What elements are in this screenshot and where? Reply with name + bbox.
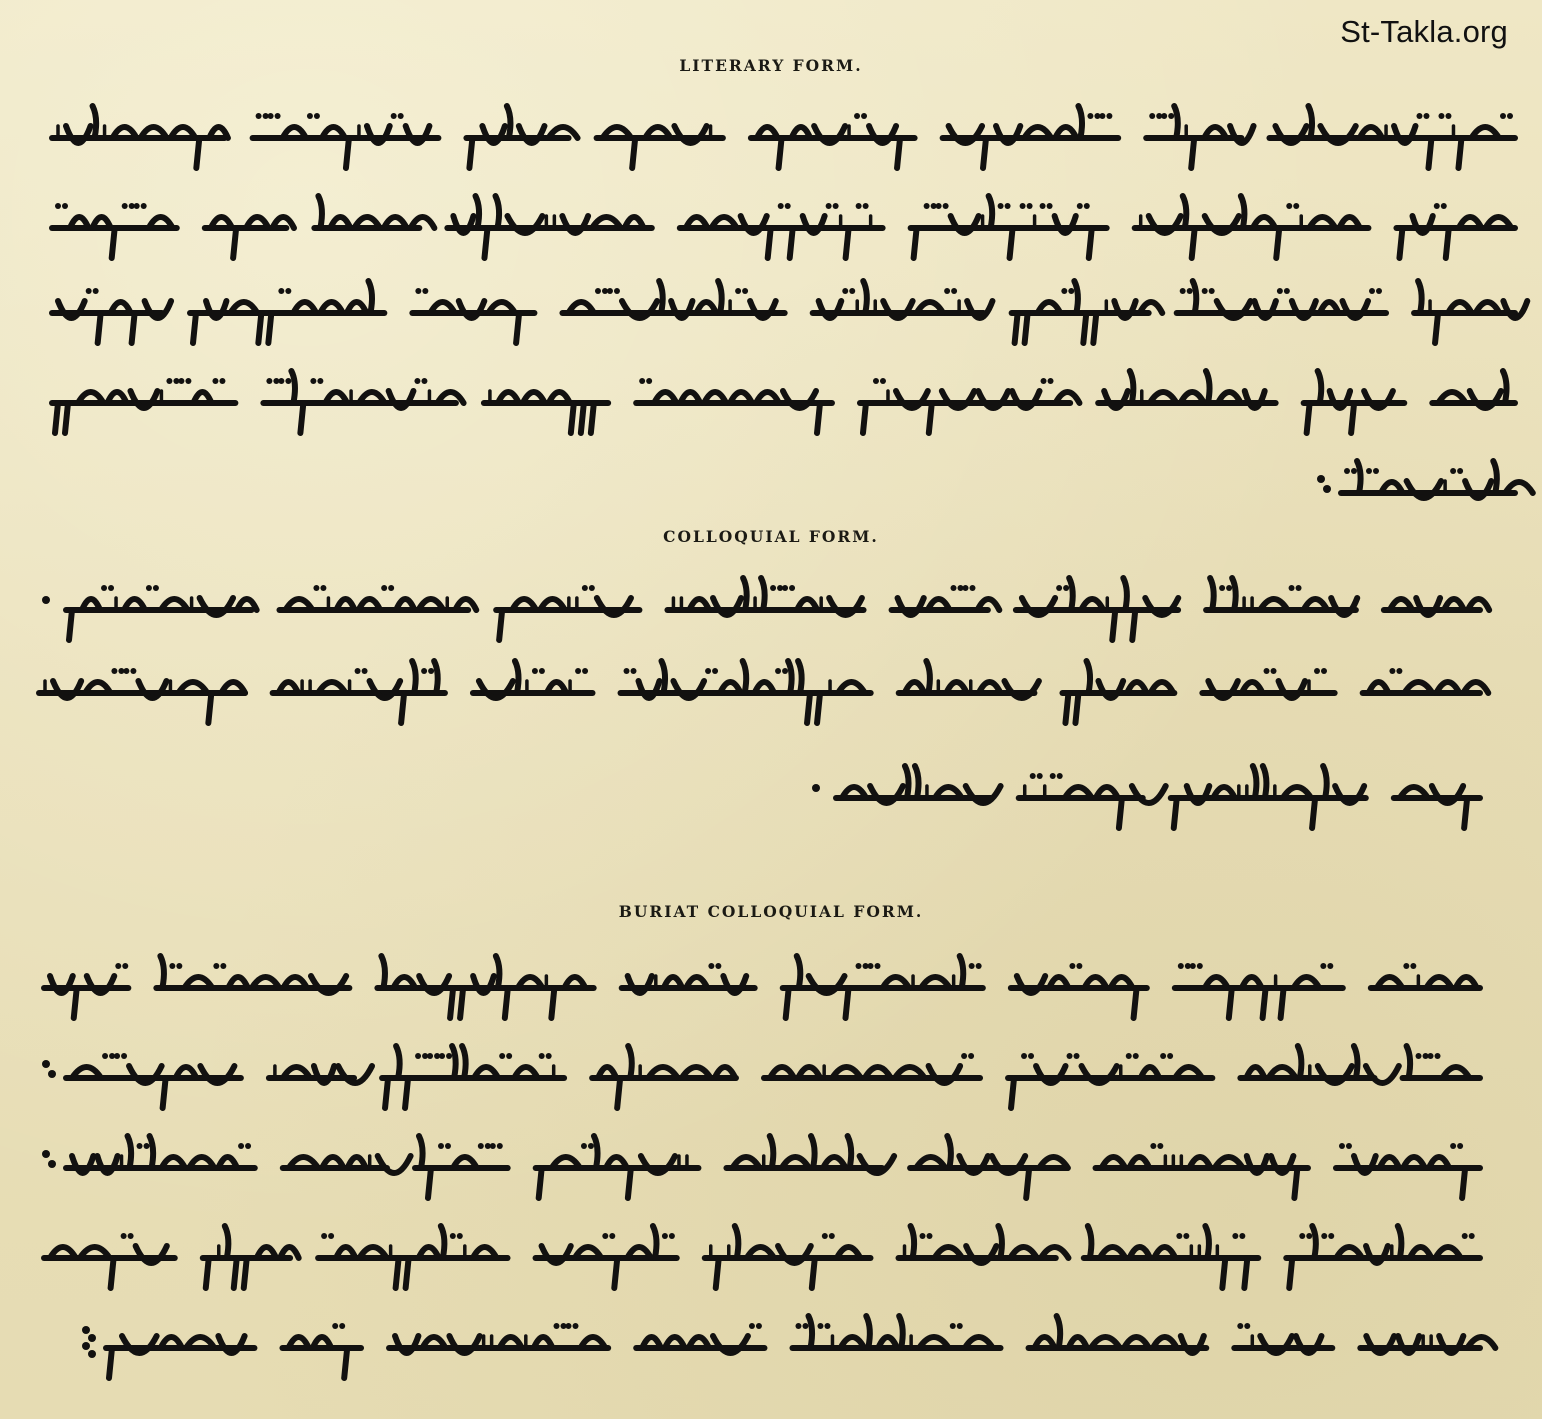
- script-line: [Syriac script line — not transcribed]: [40, 1220, 1480, 1290]
- script-line: [Syriac script line — not transcribed]: [48, 365, 1515, 435]
- syriac-script-glyphs: [48, 190, 1515, 260]
- syriac-script-glyphs: [40, 950, 1480, 1020]
- syriac-script-glyphs: [80, 1310, 1480, 1380]
- section-heading-colloquial: COLLOQUIAL FORM.: [0, 527, 1542, 546]
- syriac-script-glyphs: [40, 1040, 1480, 1110]
- syriac-script-glyphs: [48, 100, 1515, 170]
- syriac-script-glyphs: [40, 572, 1480, 642]
- script-line: [Syriac script line — not transcribed]: [35, 655, 1480, 725]
- script-line: [Syriac script line — not transcribed]: [80, 1310, 1480, 1380]
- syriac-script-glyphs: [48, 365, 1515, 435]
- script-line: [Syriac script line — not transcribed]: [40, 1130, 1480, 1200]
- script-line: [Syriac script line — not transcribed]: [1315, 455, 1515, 525]
- script-line: [Syriac script line — not transcribed]: [40, 572, 1480, 642]
- syriac-script-glyphs: [1315, 455, 1515, 525]
- syriac-script-glyphs: [810, 760, 1480, 830]
- watermark: St-Takla.org: [1340, 14, 1508, 50]
- syriac-script-glyphs: [40, 1220, 1480, 1290]
- script-line: [Syriac script line — not transcribed]: [48, 100, 1515, 170]
- section-heading-literary: LITERARY FORM.: [0, 56, 1542, 75]
- script-line: [Syriac script line — not transcribed]: [40, 950, 1480, 1020]
- syriac-script-glyphs: [48, 275, 1515, 345]
- script-line: [Syriac script line — not transcribed]: [48, 190, 1515, 260]
- section-heading-buriat: BURIAT COLLOQUIAL FORM.: [0, 902, 1542, 921]
- script-line: [Syriac script line — not transcribed]: [810, 760, 1480, 830]
- syriac-script-glyphs: [40, 1130, 1480, 1200]
- syriac-script-glyphs: [35, 655, 1480, 725]
- script-line: [Syriac script line — not transcribed]: [48, 275, 1515, 345]
- script-line: [Syriac script line — not transcribed]: [40, 1040, 1480, 1110]
